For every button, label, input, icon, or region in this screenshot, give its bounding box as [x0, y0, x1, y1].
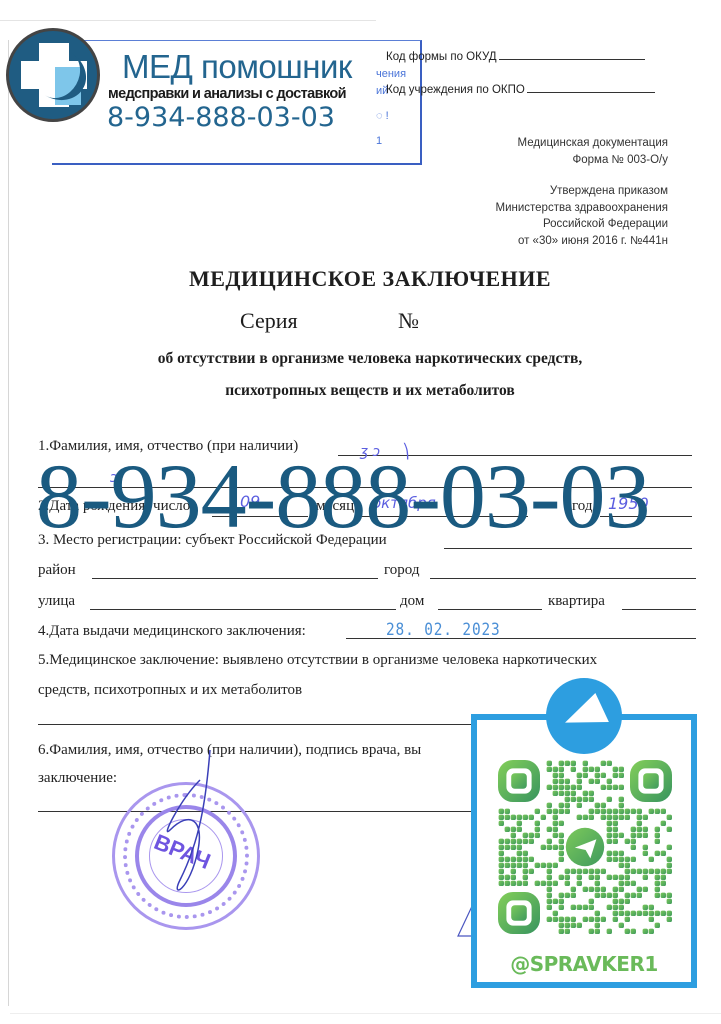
field-apartment-label: квартира [548, 593, 605, 610]
institution-stamp-text: чения ий ◌ ! 1 [376, 66, 406, 150]
telegram-plane-icon[interactable] [546, 678, 622, 754]
conclusion-line[interactable] [38, 724, 478, 725]
series-label: Серия [240, 308, 298, 334]
apartment-line[interactable] [622, 609, 696, 610]
document-subtitle-line2: психотропных веществ и их метаболитов [0, 382, 721, 400]
approval-line: Утверждена приказом [496, 183, 669, 200]
overlay-phone-number[interactable]: 8-934-888-03-03 [36, 450, 650, 542]
medical-cross-person-icon [6, 28, 100, 122]
stamp-fragment: чения [376, 66, 406, 83]
street-line[interactable] [90, 609, 396, 610]
logo-subtitle: медсправки и анализы с доставкой [108, 86, 346, 102]
approval-line: от «30» июня 2016 г. №441н [496, 233, 669, 250]
form-number: Форма № 003-О/у [517, 152, 668, 169]
issue-date-value: 28. 02. 2023 [386, 620, 501, 640]
district-line[interactable] [92, 578, 378, 579]
okud-code-field: Код формы по ОКУД [386, 51, 645, 63]
number-label: № [398, 308, 419, 334]
approval-info: Утверждена приказом Министерства здравоо… [496, 183, 669, 249]
registration-region-line[interactable] [444, 548, 692, 549]
approval-line: Российской Федерации [496, 216, 669, 233]
field-doctor-label-2: заключение: [38, 770, 117, 787]
field-house-label: дом [400, 593, 424, 610]
qr-code[interactable] [498, 760, 672, 934]
okud-label: Код формы по ОКУД [386, 51, 497, 63]
house-line[interactable] [438, 609, 542, 610]
field-conclusion-line2: средств, психотропных и их метаболитов [38, 682, 302, 699]
approval-line: Министерства здравоохранения [496, 200, 669, 217]
telegram-handle[interactable]: @SPRAVKER1 [471, 952, 697, 976]
page-edge-bottom [10, 1013, 721, 1014]
stamp-fragment: ◌ ! [376, 108, 406, 125]
stamp-fragment: 1 [376, 133, 406, 150]
logo-title: МЕД помошник [122, 48, 352, 86]
field-conclusion-line1: 5.Медицинское заключение: выявлено отсут… [38, 652, 597, 669]
field-issue-date-label: 4.Дата выдачи медицинского заключения: [38, 623, 306, 640]
form-info: Медицинская документация Форма № 003-О/у [517, 135, 668, 168]
document-title: МЕДИЦИНСКОЕ ЗАКЛЮЧЕНИЕ [0, 266, 721, 292]
field-city-label: город [384, 562, 419, 579]
page-edge-top [0, 20, 376, 21]
page-edge-left [8, 40, 9, 1006]
okpo-code-field: Код учреждения по ОКПО [386, 84, 655, 96]
field-district-label: район [38, 562, 76, 579]
form-doc-type: Медицинская документация [517, 135, 668, 152]
document-subtitle-line1: об отсутствии в организме человека нарко… [0, 350, 721, 368]
field-street-label: улица [38, 593, 75, 610]
doctor-signature [140, 740, 260, 910]
logo-phone[interactable]: 8-934-888-03-03 [107, 102, 335, 133]
okpo-label: Код учреждения по ОКПО [386, 84, 525, 96]
city-line[interactable] [430, 578, 696, 579]
